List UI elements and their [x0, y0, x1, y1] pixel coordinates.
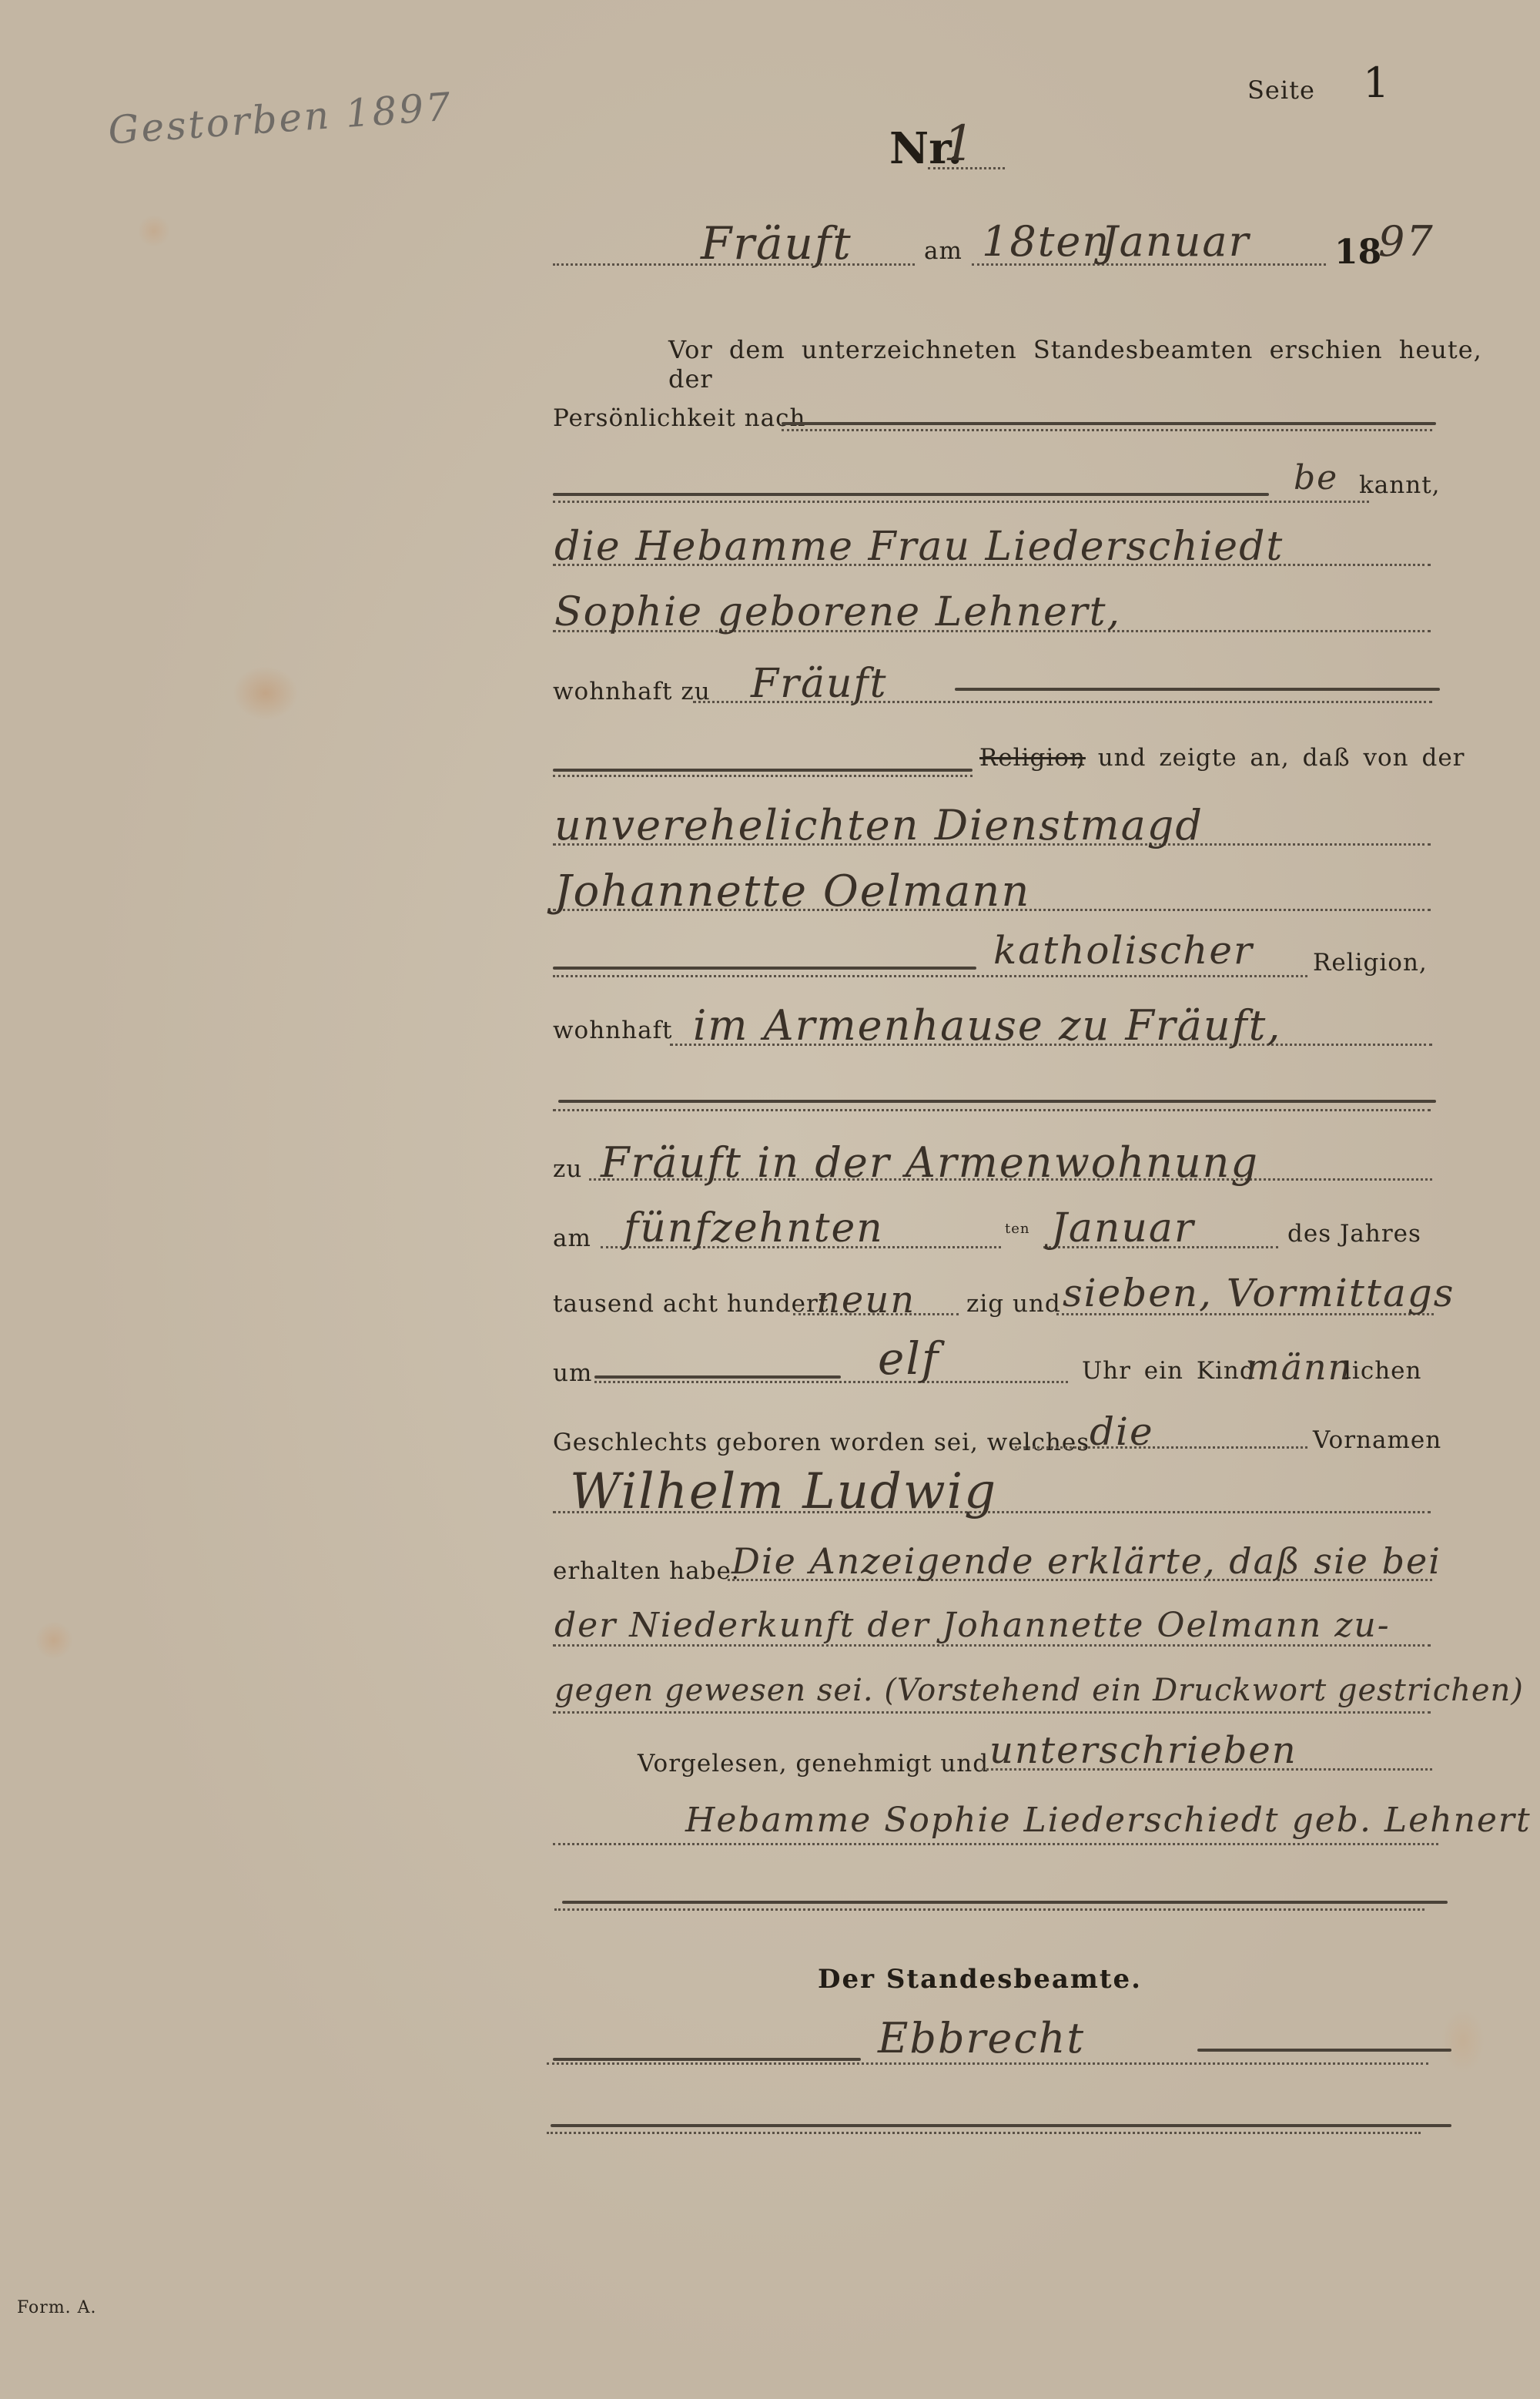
um-label: um	[553, 1359, 592, 1387]
entry-number: 1	[943, 116, 976, 173]
strike-rule	[553, 769, 973, 772]
bottom-dots	[547, 2132, 1421, 2134]
separator-dots	[554, 1908, 1424, 1911]
unit-time-value: sieben, Vormittags	[1063, 1271, 1455, 1315]
birth-day: fünfzehnten	[624, 1205, 884, 1251]
remark-line-3-value: gegen gewesen sei. (Vorstehend ein Druck…	[554, 1673, 1524, 1708]
informant-signature: Hebamme Sophie Liederschiedt geb. Lehner…	[685, 1801, 1532, 1840]
uhr-label: Uhr ein Kind	[1082, 1357, 1256, 1385]
mother-name: Johannette Oelmann	[554, 866, 1030, 916]
vorgelesen-value: unterschrieben	[989, 1729, 1297, 1772]
official-signature: Ebbrecht	[878, 2014, 1085, 2062]
page-label: Seite	[1247, 75, 1315, 105]
zig-und-label: zig und	[966, 1290, 1061, 1318]
day-suffix: ten	[1005, 1221, 1029, 1237]
article-line	[1015, 1446, 1307, 1449]
mother-residence: im Armenhause zu Fräuft,	[693, 1001, 1281, 1050]
sex-print: lichen	[1344, 1357, 1421, 1385]
erhalten-label: erhalten habe.	[553, 1557, 740, 1585]
strike-rule	[558, 1100, 1436, 1103]
official-signature-line	[547, 2062, 1428, 2065]
remark-line-2-value: der Niederkunft der Johannette Oelmann z…	[554, 1606, 1391, 1645]
margin-note: Gestorben 1897	[107, 84, 454, 152]
remark-line-1-value: Die Anzeigende erklärte, daß sie bei	[731, 1540, 1441, 1582]
religion-struck: Religion	[979, 744, 1086, 772]
informant-religion-line	[553, 775, 973, 777]
page-number: 1	[1363, 59, 1389, 107]
birth-place: Fräuft in der Armenwohnung	[601, 1138, 1259, 1187]
strike-rule	[553, 967, 976, 970]
mother-wohnhaft-label: wohnhaft	[553, 1017, 673, 1044]
hour-line	[594, 1381, 1068, 1383]
bekannt-line	[553, 501, 1369, 503]
article-value: die	[1090, 1409, 1154, 1454]
persoenlichkeit-line	[782, 429, 1432, 431]
wohnhaft-zu-label: wohnhaft zu	[553, 678, 711, 705]
given-names: Wilhelm Ludwig	[570, 1463, 997, 1520]
informant-line-1-value: die Hebamme Frau Liederschiedt	[554, 524, 1284, 570]
year-prefix: 18	[1334, 233, 1381, 272]
form-label: Form. A.	[17, 2298, 97, 2317]
bekannt-print: kannt,	[1359, 471, 1441, 499]
vornamen-label: Vornamen	[1313, 1426, 1441, 1454]
mother-line-1-value: unverehelichten Dienstmagd	[554, 801, 1204, 849]
sex-hand: männ	[1246, 1346, 1352, 1388]
religion-tail: , und zeigte an, daß von der	[1076, 744, 1465, 772]
remark-line-3	[553, 1711, 1431, 1714]
blank-line	[553, 1109, 1431, 1111]
vorgelesen-label: Vorgelesen, genehmigt und	[638, 1750, 989, 1777]
geschlechts-label: Geschlechts geboren worden sei, welches	[553, 1429, 1090, 1456]
am-label: am	[924, 237, 962, 265]
day-value: 18ten	[982, 217, 1110, 266]
intro-line: Vor dem unterzeichneten Standesbeamten e…	[668, 335, 1540, 394]
informant-line-2-value: Sophie geborene Lehnert,	[554, 589, 1121, 635]
bekannt-hand: be	[1294, 458, 1338, 498]
hour-value: elf	[878, 1332, 939, 1385]
persoenlichkeit-label: Persönlichkeit nach	[553, 404, 805, 432]
am-label-2: am	[553, 1225, 591, 1252]
official-title: Der Standesbeamte.	[818, 1964, 1142, 1995]
tausend-label: tausend acht hundert	[553, 1290, 829, 1318]
informant-signature-line	[553, 1843, 1438, 1845]
strike-rule	[782, 422, 1436, 425]
month-value: Januar	[1101, 217, 1250, 266]
decade-value: neun	[816, 1278, 916, 1322]
informant-residence: Fräuft	[751, 661, 888, 707]
strike-rule	[955, 688, 1440, 691]
birth-month: Januar	[1051, 1205, 1195, 1251]
strike-rule	[594, 1375, 841, 1379]
bottom-rule	[551, 2124, 1451, 2127]
strike-rule	[553, 493, 1269, 496]
mother-religion-line	[553, 975, 1307, 977]
place-value: Fräuft	[701, 217, 852, 270]
separator-rule	[562, 1901, 1448, 1904]
signature-rule-left	[553, 2058, 861, 2061]
zu-label: zu	[553, 1155, 582, 1183]
signature-rule-right	[1197, 2049, 1451, 2052]
year-suffix: 97	[1378, 217, 1435, 266]
religion-label: Religion,	[1313, 949, 1428, 977]
mother-religion: katholischer	[993, 928, 1254, 973]
des-jahres-label: des Jahres	[1287, 1220, 1421, 1248]
